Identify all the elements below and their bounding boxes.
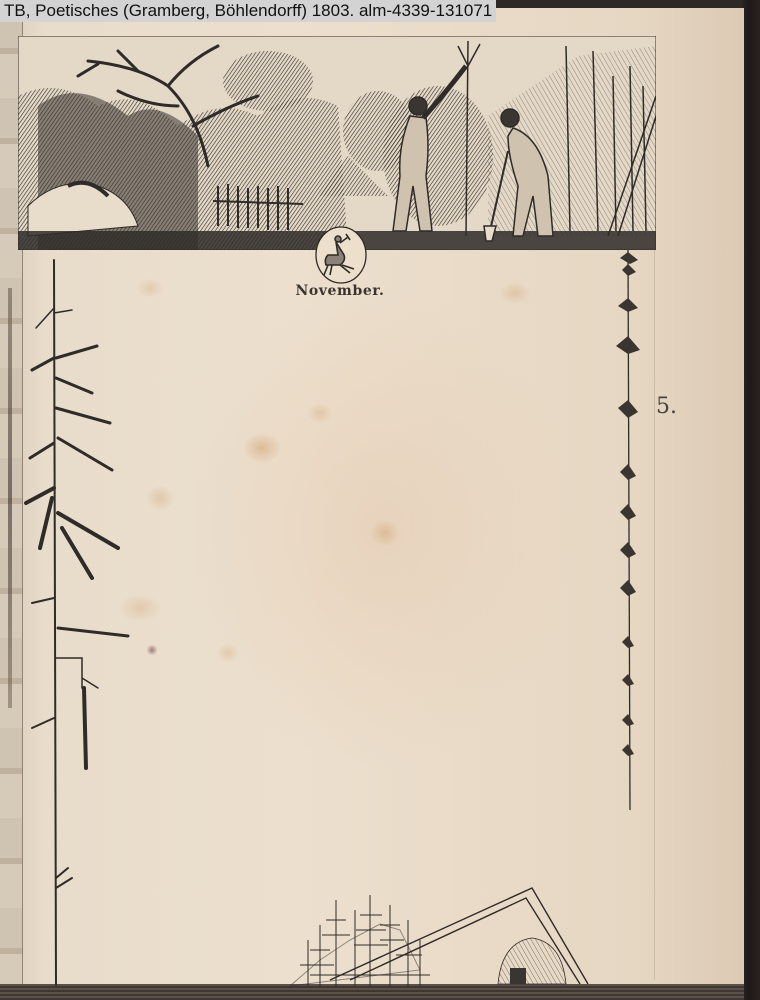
page-fold-line — [654, 250, 655, 980]
page-stack-edge — [0, 984, 744, 1000]
ivy-vine-border-illustration — [608, 250, 648, 810]
header-engraving — [18, 36, 656, 250]
month-title: November. — [250, 283, 430, 299]
fir-tree-border-illustration — [22, 258, 132, 986]
image-caption-label: TB, Poetisches (Gramberg, Böhlendorff) 1… — [0, 0, 496, 22]
sagittarius-zodiac-icon — [314, 225, 368, 285]
book-cover-edge — [742, 0, 760, 1000]
bottom-vignette-illustration — [270, 880, 630, 986]
page-number: 5. — [656, 394, 677, 419]
